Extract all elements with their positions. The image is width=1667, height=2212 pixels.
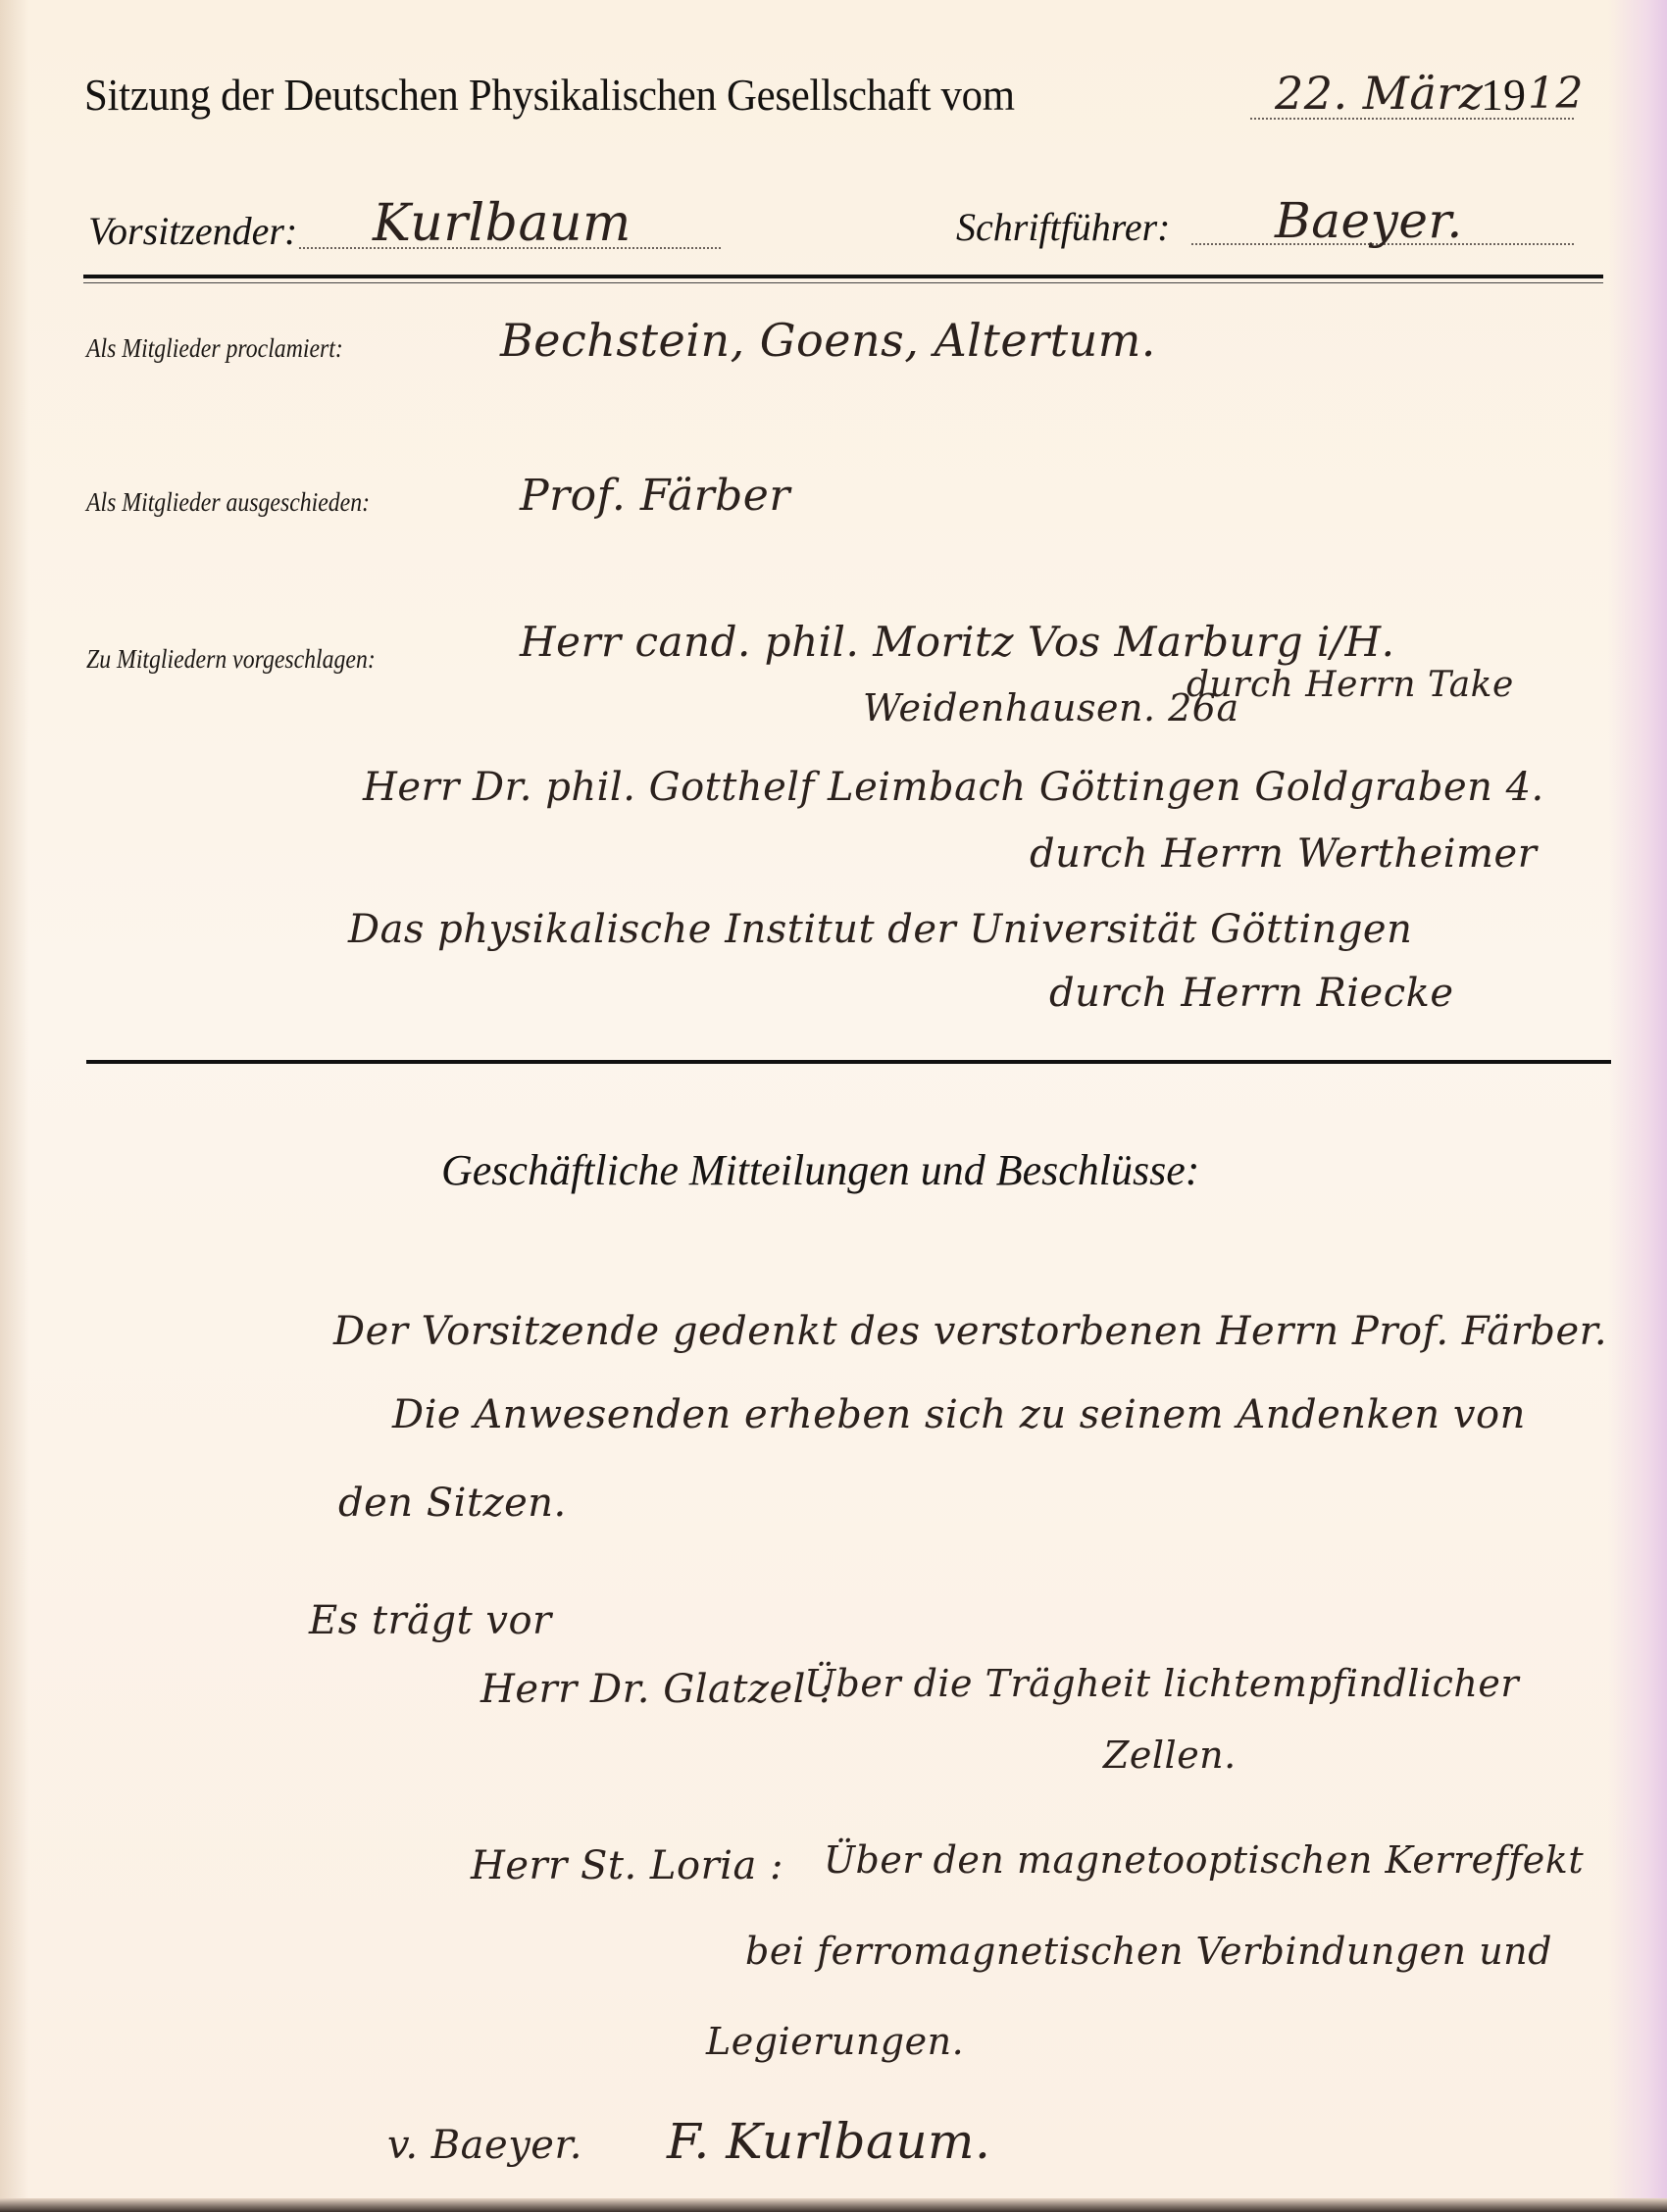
talk-2-title-line-1: Über den magnetooptischen Kerreffekt <box>824 1838 1584 1882</box>
year-suffix: 12 <box>1528 69 1584 119</box>
proclaimed-value: Bechstein, Goens, Altertum. <box>500 314 1156 367</box>
proposed-label: Zu Mitgliedern vorgeschlagen: <box>86 644 376 675</box>
document-page: Sitzung der Deutschen Physikalischen Ges… <box>0 0 1667 2212</box>
proclaimed-label: Als Mitglieder proclamiert: <box>86 333 343 364</box>
business-line-2: Die Anwesenden erheben sich zu seinem An… <box>392 1392 1526 1437</box>
business-line-3: den Sitzen. <box>338 1481 567 1526</box>
business-line-1: Der Vorsitzende gedenkt des verstorbenen… <box>333 1309 1607 1354</box>
proposed-entry-1-address: Weidenhausen. 26a <box>863 686 1239 729</box>
talks-intro: Es trägt vor <box>309 1598 552 1643</box>
business-heading: Geschäftliche Mitteilungen und Beschlüss… <box>441 1145 1199 1195</box>
proposed-entry-3-sponsor: durch Herrn Riecke <box>1049 971 1454 1016</box>
double-rule-bottom <box>83 282 1603 283</box>
proposed-entry-1: Herr cand. phil. Moritz Vos Marburg i/H. <box>520 618 1394 666</box>
secretary-signature: v. Baeyer. <box>387 2123 582 2168</box>
proposed-entry-2-sponsor: durch Herrn Wertheimer <box>1030 831 1537 877</box>
page-bottom-edge <box>0 2198 1667 2212</box>
resigned-value: Prof. Färber <box>520 471 790 521</box>
talk-2-speaker: Herr St. Loria : <box>471 1843 783 1888</box>
year-prefix: 19 <box>1481 69 1526 121</box>
chair-name: Kurlbaum <box>373 194 631 253</box>
secretary-name: Baeyer. <box>1275 192 1463 249</box>
resigned-label: Als Mitglieder ausgeschieden: <box>86 487 370 518</box>
proposed-entry-1-sponsor: durch Herrn Take <box>1187 665 1514 705</box>
talk-1-speaker: Herr Dr. Glatzel : <box>480 1667 833 1712</box>
meeting-date: 22. März <box>1275 67 1484 120</box>
chair-signature: F. Kurlbaum. <box>667 2113 990 2170</box>
double-rule-top <box>83 275 1603 278</box>
talk-2-title-line-3: Legierungen. <box>706 2020 964 2063</box>
talk-2-title-line-2: bei ferromagnetischen Verbindungen und <box>745 1930 1552 1973</box>
title-printed: Sitzung der Deutschen Physikalischen Ges… <box>84 70 1015 120</box>
page-title: Sitzung der Deutschen Physikalischen Ges… <box>84 69 1015 121</box>
section-rule <box>86 1060 1611 1064</box>
proposed-entry-2: Herr Dr. phil. Gotthelf Leimbach Götting… <box>363 765 1544 810</box>
talk-1-title-line-1: Über die Trägheit lichtempfindlicher <box>804 1662 1519 1705</box>
talk-1-title-line-2: Zellen. <box>1103 1734 1237 1777</box>
proposed-entry-3: Das physikalische Institut der Universit… <box>348 907 1412 952</box>
chair-label: Vorsitzender: <box>88 208 297 254</box>
secretary-label: Schriftführer: <box>956 204 1171 250</box>
